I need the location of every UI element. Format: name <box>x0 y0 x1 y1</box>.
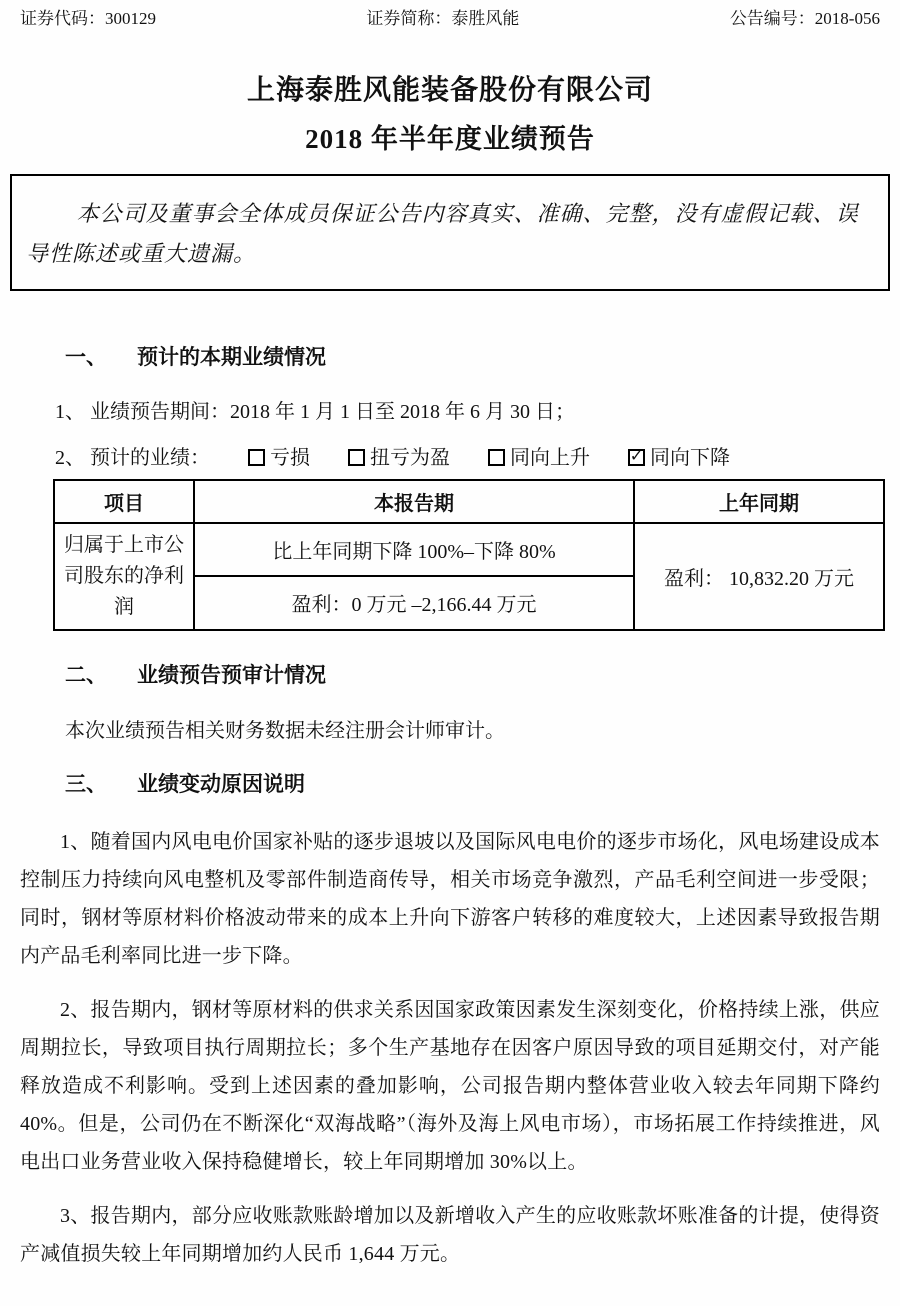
table-header-row: 项目 本报告期 上年同期 <box>54 480 884 523</box>
header-cell-current-period: 本报告期 <box>194 480 634 523</box>
performance-forecast-table: 项目 本报告期 上年同期 归属于上市公司股东的净利润 比上年同期下降 100%–… <box>53 479 885 631</box>
disclaimer-box: 本公司及董事会全体成员保证公告内容真实、准确、完整，没有虚假记载、误导性陈述或重… <box>10 174 890 291</box>
company-name-title: 上海泰胜风能装备股份有限公司 <box>20 72 880 110</box>
doc-header: 证券代码：300129 证券简称：泰胜风能 公告编号：2018-056 <box>20 8 880 30</box>
option-label: 亏损 <box>270 443 310 473</box>
option-label: 同向上升 <box>510 443 590 473</box>
stock-code-text: 证券代码：300129 <box>20 8 156 30</box>
report-title: 2018 年半年度业绩预告 <box>20 120 880 158</box>
section-one-number: 一、 <box>65 346 107 369</box>
option-label: 同向下降 <box>650 443 730 473</box>
reason-paragraph-1: 1、随着国内风电电价国家补贴的逐步退坡以及国际风电电价的逐步市场化，风电场建设成… <box>20 823 880 975</box>
section-two-heading: 二、业绩预告预审计情况 <box>65 661 880 690</box>
checkbox-unchecked-icon <box>488 449 505 466</box>
forecast-type-label: 2、 预计的业绩： <box>55 443 210 473</box>
section-one-heading: 一、预计的本期业绩情况 <box>65 343 880 372</box>
section-three-title: 业绩变动原因说明 <box>137 773 305 796</box>
section-two-number: 二、 <box>65 664 107 687</box>
option-label: 扭亏为盈 <box>370 443 450 473</box>
cell-current-change-range: 比上年同期下降 100%–下降 80% <box>194 523 634 577</box>
option-same-direction-down: ✓ 同向下降 <box>628 443 730 473</box>
forecast-type-item: 2、 预计的业绩： 亏损 扭亏为盈 同向上升 ✓ 同向下降 <box>55 443 880 473</box>
cell-prior-profit: 盈利： 10,832.20 万元 <box>634 523 884 630</box>
option-turn-profitable: 扭亏为盈 <box>348 443 450 473</box>
reason-paragraph-2: 2、报告期内，钢材等原材料的供求关系因国家政策因素发生深刻变化，价格持续上涨，供… <box>20 991 880 1181</box>
option-same-direction-up: 同向上升 <box>488 443 590 473</box>
audit-statement: 本次业绩预告相关财务数据未经注册会计师审计。 <box>65 716 880 746</box>
reason-paragraph-3: 3、报告期内，部分应收账款账龄增加以及新增收入产生的应收账款坏账准备的计提，使得… <box>20 1197 880 1273</box>
checkbox-unchecked-icon <box>348 449 365 466</box>
header-cell-item: 项目 <box>54 480 194 523</box>
announcement-page: 证券代码：300129 证券简称：泰胜风能 公告编号：2018-056 上海泰胜… <box>0 0 900 1306</box>
announcement-number-text: 公告编号：2018-056 <box>730 8 880 30</box>
header-cell-prior-period: 上年同期 <box>634 480 884 523</box>
section-one-title: 预计的本期业绩情况 <box>137 346 326 369</box>
cell-current-profit-range: 盈利：0 万元 –2,166.44 万元 <box>194 576 634 630</box>
checkbox-unchecked-icon <box>248 449 265 466</box>
section-two-title: 业绩预告预审计情况 <box>137 664 326 687</box>
cell-net-profit-label: 归属于上市公司股东的净利润 <box>54 523 194 630</box>
disclaimer-text: 本公司及董事会全体成员保证公告内容真实、准确、完整，没有虚假记载、误导性陈述或重… <box>26 194 872 273</box>
forecast-period-item: 1、 业绩预告期间：2018 年 1 月 1 日至 2018 年 6 月 30 … <box>55 397 880 427</box>
section-three-heading: 三、业绩变动原因说明 <box>65 770 880 799</box>
option-loss: 亏损 <box>248 443 310 473</box>
section-three-number: 三、 <box>65 773 107 796</box>
table-row: 归属于上市公司股东的净利润 比上年同期下降 100%–下降 80% 盈利： 10… <box>54 523 884 577</box>
checkbox-checked-icon: ✓ <box>628 449 645 466</box>
stock-short-name-text: 证券简称：泰胜风能 <box>366 8 519 30</box>
